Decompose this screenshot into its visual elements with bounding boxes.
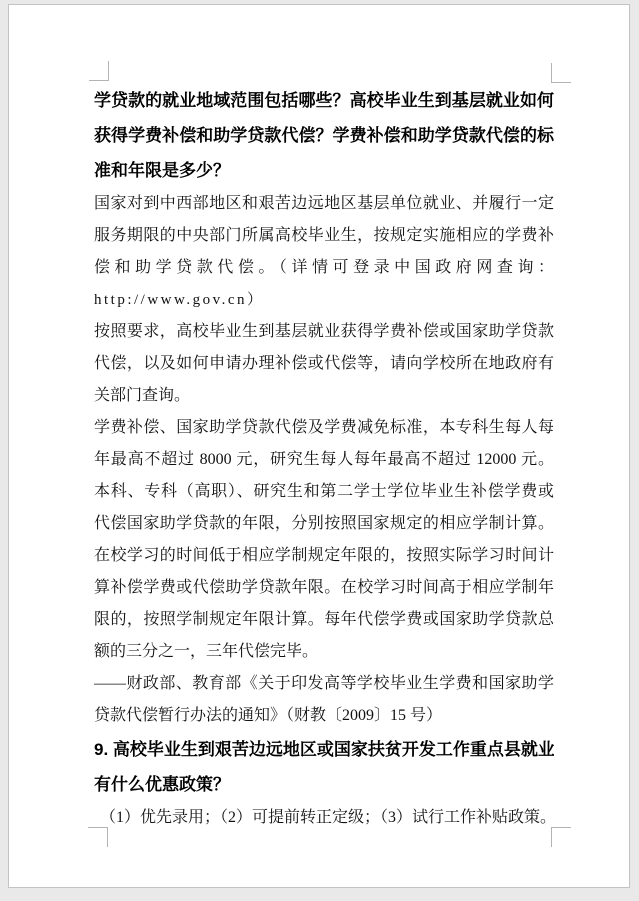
text-line[interactable]: ——财政部、教育部《关于印发高等学校毕业生学费和国家助学 <box>94 668 554 700</box>
text-line[interactable]: 国家对到中西部地区和艰苦边远地区基层单位就业、并履行一定 <box>94 188 554 220</box>
document-page[interactable]: 学贷款的就业地域范围包括哪些？高校毕业生到基层就业如何 获得学费补偿和助学贷款代… <box>8 4 630 888</box>
text-boundary-mark-bottom-right <box>551 827 571 847</box>
text-line[interactable]: 代偿国家助学贷款的年限，分别按照国家规定的相应学制计算。 <box>94 508 554 540</box>
text-line[interactable]: 限的，按照学制规定年限计算。每年代偿学费或国家助学贷款总 <box>94 604 554 636</box>
text-line[interactable]: 年最高不超过 8000 元，研究生每人每年最高不超过 12000 元。 <box>94 444 554 476</box>
text-boundary-mark-top-left <box>89 61 109 81</box>
text-line[interactable]: 服务期限的中央部门所属高校毕业生，按规定实施相应的学费补 <box>94 220 554 252</box>
text-line[interactable]: （1）优先录用；（2）可提前转正定级；（3）试行工作补贴政策。 <box>94 802 554 834</box>
text-line[interactable]: 本科、专科（高职）、研究生和第二学士学位毕业生补偿学费或 <box>94 476 554 508</box>
text-line[interactable]: 获得学费补偿和助学贷款代偿？学费补偿和助学贷款代偿的标 <box>94 118 554 153</box>
text-line[interactable]: 额的三分之一，三年代偿完毕。 <box>94 636 554 668</box>
paragraph-question-heading-continued: 学贷款的就业地域范围包括哪些？高校毕业生到基层就业如何 获得学费补偿和助学贷款代… <box>94 83 554 188</box>
text-line[interactable]: 贷款代偿暂行办法的通知》（财教〔2009〕15 号） <box>94 700 554 732</box>
paragraph-citation-source: ——财政部、教育部《关于印发高等学校毕业生学费和国家助学 贷款代偿暂行办法的通知… <box>94 668 554 732</box>
text-line[interactable]: 偿和助学贷款代偿。（详情可登录中国政府网查询： <box>94 252 554 284</box>
text-line[interactable]: 有什么优惠政策？ <box>94 767 554 802</box>
text-line[interactable]: 按照要求，高校毕业生到基层就业获得学费补偿或国家助学贷款 <box>94 316 554 348</box>
text-line[interactable]: 学费补偿、国家助学贷款代偿及学费减免标准，本专科生每人每 <box>94 412 554 444</box>
paragraph-body-how-to-apply: 按照要求，高校毕业生到基层就业获得学费补偿或国家助学贷款 代偿，以及如何申请办理… <box>94 316 554 412</box>
text-line[interactable]: 在校学习的时间低于相应学制规定年限的，按照实际学习时间计 <box>94 540 554 572</box>
paragraph-body-policy-scope: 国家对到中西部地区和艰苦边远地区基层单位就业、并履行一定 服务期限的中央部门所属… <box>94 188 554 316</box>
text-line[interactable]: 关部门查询。 <box>94 380 554 412</box>
text-line[interactable]: 算补偿学费或代偿助学贷款年限。在校学习时间高于相应学制年 <box>94 572 554 604</box>
text-line[interactable]: 9. 高校毕业生到艰苦边远地区或国家扶贫开发工作重点县就业 <box>94 732 554 767</box>
paragraph-body-preferential-policies: （1）优先录用；（2）可提前转正定级；（3）试行工作补贴政策。 <box>94 802 554 834</box>
document-canvas: 学贷款的就业地域范围包括哪些？高校毕业生到基层就业如何 获得学费补偿和助学贷款代… <box>0 0 639 901</box>
gov-website-url[interactable]: http://www.gov.cn） <box>94 284 554 316</box>
paragraph-question-heading-9: 9. 高校毕业生到艰苦边远地区或国家扶贫开发工作重点县就业 有什么优惠政策？ <box>94 732 554 802</box>
text-line[interactable]: 学贷款的就业地域范围包括哪些？高校毕业生到基层就业如何 <box>94 83 554 118</box>
text-line[interactable]: 准和年限是多少？ <box>94 153 554 188</box>
document-text-block: 学贷款的就业地域范围包括哪些？高校毕业生到基层就业如何 获得学费补偿和助学贷款代… <box>94 83 554 834</box>
text-line[interactable]: 代偿，以及如何申请办理补偿或代偿等，请向学校所在地政府有 <box>94 348 554 380</box>
text-boundary-mark-top-right <box>551 63 571 83</box>
paragraph-body-standards-and-years: 学费补偿、国家助学贷款代偿及学费减免标准，本专科生每人每 年最高不超过 8000… <box>94 412 554 668</box>
